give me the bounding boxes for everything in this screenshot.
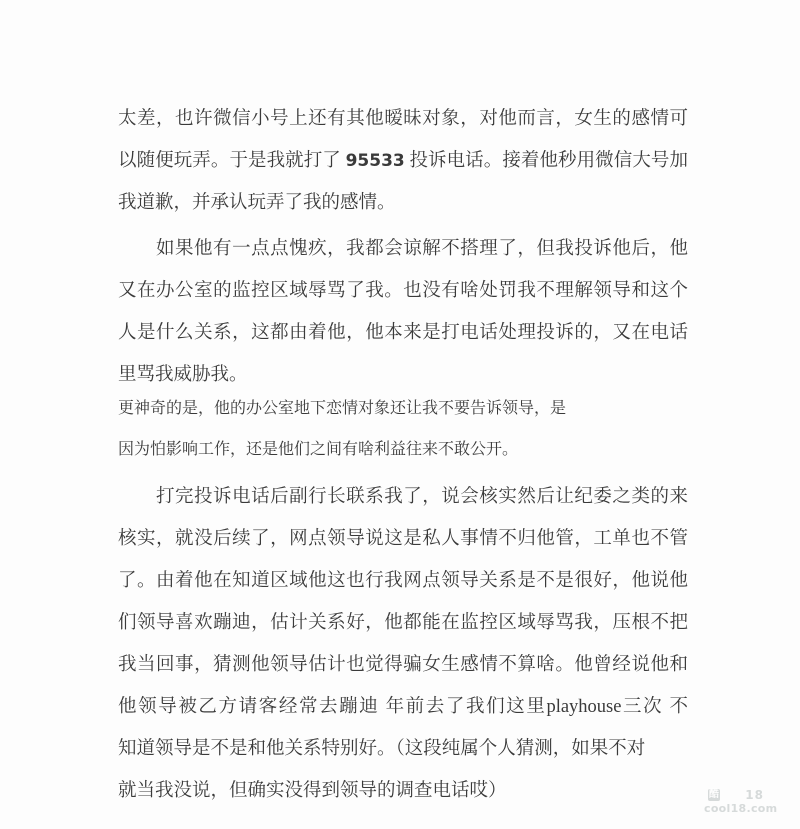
text-line: 如果他有一点点愧疚，我都会谅解不搭理了，但我投诉他后，他 xyxy=(118,228,688,270)
paragraph-2: 如果他有一点点愧疚，我都会谅解不搭理了，但我投诉他后，他 又在办公室的监控区域辱… xyxy=(118,228,688,396)
text-segment: 以随便玩弄。于是我就打了 xyxy=(118,151,346,171)
text-line: 又在办公室的监控区域辱骂了我。也没有啥处罚我不理解领导和这个 xyxy=(118,270,688,312)
text-line: 更神奇的是，他的办公室地下恋情对象还让我不要告诉领导，是 xyxy=(118,388,688,429)
text-line: 我道歉，并承认玩弄了我的感情。 xyxy=(118,182,688,224)
paragraph-1: 太差，也许微信小号上还有其他暧昧对象，对他而言，女生的感情可 以随便玩弄。于是我… xyxy=(118,98,688,224)
paragraph-3: 更神奇的是，他的办公室地下恋情对象还让我不要告诉领导，是 因为怕影响工作，还是他… xyxy=(118,388,688,470)
document-page: 太差，也许微信小号上还有其他暧昧对象，对他而言，女生的感情可 以随便玩弄。于是我… xyxy=(0,0,800,829)
paragraph-4: 打完投诉电话后副行长联系我了，说会核实然后让纪委之类的来 核实，就没后续了，网点… xyxy=(118,476,688,812)
text-segment: 投诉电话。接着他秒用微信大号加 xyxy=(405,151,688,171)
watermark-badge-icon: 酷 xyxy=(708,789,720,801)
text-line: 以随便玩弄。于是我就打了 95533 投诉电话。接着他秒用微信大号加 xyxy=(118,140,688,182)
complaint-hotline-number: 95533 xyxy=(346,151,405,171)
watermark-number: 18 xyxy=(745,788,764,802)
text-line: 知道领导是不是和他关系特别好。（这段纯属个人猜测，如果不对 xyxy=(118,728,688,770)
watermark-domain: cool18.com xyxy=(704,802,768,816)
text-line: 因为怕影响工作，还是他们之间有啥利益往来不敢公开。 xyxy=(118,429,688,470)
text-line: 核实，就没后续了，网点领导说这是私人事情不归他管，工单也不管 xyxy=(118,518,688,560)
watermark-logo-row: 酷 18 xyxy=(704,788,768,802)
text-line: 们领导喜欢蹦迪，估计关系好，他都能在监控区域辱骂我，压根不把 xyxy=(118,602,688,644)
text-line: 了。由着他在知道区域他这也行我网点领导关系是不是很好，他说他 xyxy=(118,560,688,602)
text-line: 我当回事，猜测他领导估计也觉得骗女生感情不算啥。他曾经说他和 xyxy=(118,644,688,686)
text-line: 打完投诉电话后副行长联系我了，说会核实然后让纪委之类的来 xyxy=(118,476,688,518)
text-line: 就当我没说，但确实没得到领导的调查电话哎） xyxy=(118,770,688,812)
text-line: 人是什么关系，这都由着他，他本来是打电话处理投诉的，又在电话 xyxy=(118,312,688,354)
text-line: 他领导被乙方请客经常去蹦迪 年前去了我们这里playhouse三次 不 xyxy=(118,686,688,728)
text-line: 太差，也许微信小号上还有其他暧昧对象，对他而言，女生的感情可 xyxy=(118,98,688,140)
cool18-watermark: 酷 18 cool18.com xyxy=(704,788,768,816)
